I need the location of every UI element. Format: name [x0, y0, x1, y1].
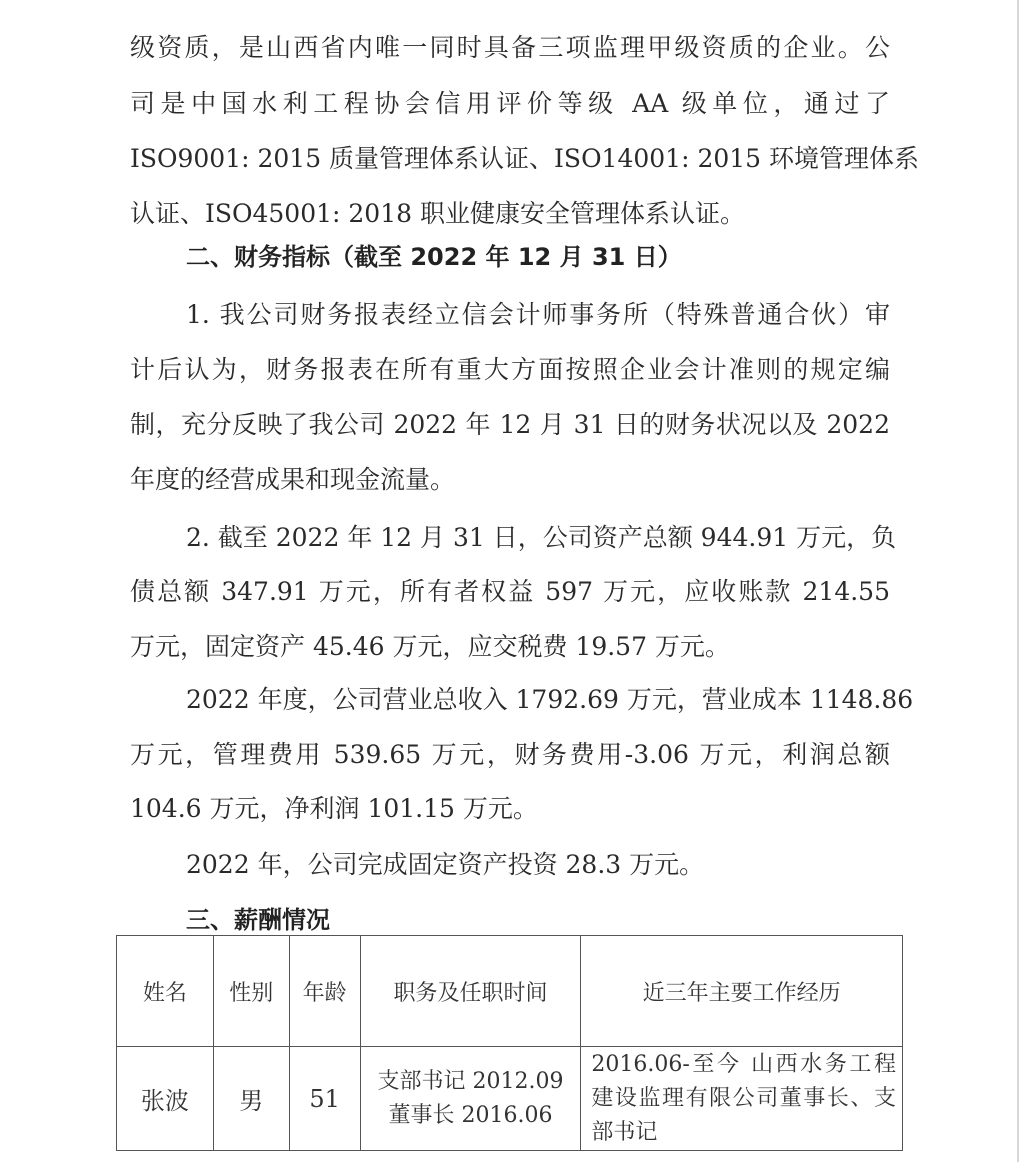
- cell-name: 张波: [117, 1047, 214, 1151]
- table-header-row: 姓名 性别 年龄 职务及任职时间 近三年主要工作经历: [117, 936, 903, 1047]
- header-name: 姓名: [117, 936, 214, 1047]
- experience-line-3: 部书记: [591, 1116, 896, 1150]
- intro-line-2: 司是中国水利工程协会信用评价等级 AA 级单位，通过了: [130, 84, 890, 124]
- header-age: 年龄: [289, 936, 360, 1047]
- item1-line-4: 年度的经营成果和现金流量。: [130, 460, 890, 500]
- item1-line-2: 计后认为，财务报表在所有重大方面按照企业会计准则的规定编: [130, 350, 890, 390]
- experience-line-1: 2016.06-至今 山西水务工程: [591, 1048, 896, 1082]
- item2-line-2: 债总额 347.91 万元，所有者权益 597 万元，应收账款 214.55: [130, 572, 890, 612]
- intro-line-1: 级资质，是山西省内唯一同时具备三项监理甲级资质的企业。公: [130, 28, 890, 68]
- position-line-1: 支部书记 2012.09: [361, 1065, 581, 1099]
- position-line-2: 董事长 2016.06: [361, 1099, 581, 1133]
- annual-line-3: 104.6 万元，净利润 101.15 万元。: [130, 789, 890, 829]
- item2-line-1: 2. 截至 2022 年 12 月 31 日，公司资产总额 944.91 万元，…: [186, 518, 890, 558]
- item1-line-3: 制，充分反映了我公司 2022 年 12 月 31 日的财务状况以及 2022: [130, 405, 890, 445]
- section-heading-salary: 三、薪酬情况: [186, 900, 890, 940]
- header-experience: 近三年主要工作经历: [581, 936, 903, 1047]
- header-position: 职务及任职时间: [360, 936, 581, 1047]
- cell-gender: 男: [213, 1047, 289, 1151]
- cell-position: 支部书记 2012.09 董事长 2016.06: [360, 1047, 581, 1151]
- intro-line-3: ISO9001: 2015 质量管理体系认证、ISO14001: 2015 环境…: [130, 139, 890, 179]
- item1-line-1: 1. 我公司财务报表经立信会计师事务所（特殊普通合伙）审: [186, 295, 890, 335]
- table-row: 张波 男 51 支部书记 2012.09 董事长 2016.06 2016.06…: [117, 1047, 903, 1151]
- header-gender: 性别: [213, 936, 289, 1047]
- experience-line-2: 建设监理有限公司董事长、支: [591, 1082, 896, 1116]
- cell-experience: 2016.06-至今 山西水务工程 建设监理有限公司董事长、支 部书记: [581, 1047, 903, 1151]
- staff-table: 姓名 性别 年龄 职务及任职时间 近三年主要工作经历 张波 男 51 支部书记 …: [116, 935, 903, 1151]
- page-edge-line: [1017, 0, 1019, 1162]
- section-heading-financial: 二、财务指标（截至 2022 年 12 月 31 日）: [186, 237, 890, 277]
- cell-age: 51: [289, 1047, 360, 1151]
- annual-line-1: 2022 年度，公司营业总收入 1792.69 万元，营业成本 1148.86: [186, 680, 890, 720]
- item2-line-3: 万元，固定资产 45.46 万元，应交税费 19.57 万元。: [130, 627, 890, 667]
- investment-line: 2022 年，公司完成固定资产投资 28.3 万元。: [186, 845, 890, 885]
- intro-line-4: 认证、ISO45001: 2018 职业健康安全管理体系认证。: [130, 194, 890, 234]
- annual-line-2: 万元，管理费用 539.65 万元，财务费用-3.06 万元，利润总额: [130, 735, 890, 775]
